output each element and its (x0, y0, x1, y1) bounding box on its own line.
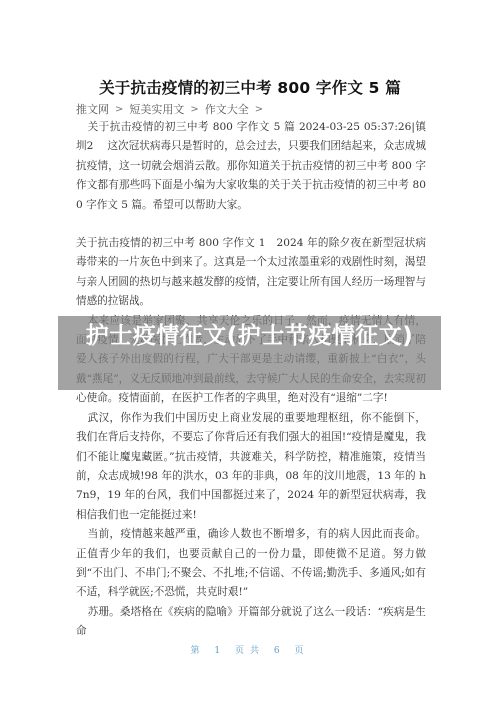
document-title: 关于抗击疫情的初三中考 800 字作文 5 篇 (0, 76, 500, 98)
breadcrumb-item-home[interactable]: 推文网 (76, 101, 109, 117)
chevron-right-icon: > (253, 104, 265, 115)
paragraph-essay-1-sontag: 苏珊。桑塔格在《疾病的隐喻》开篇部分就说了这么一段话：“疾病是生命 (76, 603, 426, 642)
paragraph-essay-1-wuhan: 武汉，你作为我们中国历史上商业发展的重要地理枢纽，你不能倒下，我们在背后支持你，… (76, 409, 426, 525)
breadcrumb: 推文网 > 短美实用文 > 作文大全 > (76, 101, 265, 117)
chevron-right-icon: > (188, 104, 200, 115)
paragraph-intro: 关于抗击疫情的初三中考 800 字作文 5 篇 2024-03-25 05:37… (76, 118, 426, 215)
page-indicator: 第 1 页共 6 页 (0, 643, 500, 656)
chevron-right-icon: > (113, 104, 125, 115)
paragraph-essay-1-youth: 当前，疫情越来越严重，确诊人数也不断增多，有的病人因此而丧命。正值青少年的我们，… (76, 525, 426, 603)
breadcrumb-item-subcategory[interactable]: 作文大全 (205, 101, 249, 117)
overlay-title: 护士疫情征文(护士节疫情征文) (58, 322, 441, 350)
breadcrumb-item-category[interactable]: 短美实用文 (129, 101, 184, 117)
paragraph-essay-1-opening: 关于抗击疫情的初三中考 800 字作文 1 2024 年的除夕夜在新型冠状病毒带… (76, 234, 426, 312)
document-page: 关于抗击疫情的初三中考 800 字作文 5 篇 推文网 > 短美实用文 > 作文… (0, 0, 500, 706)
